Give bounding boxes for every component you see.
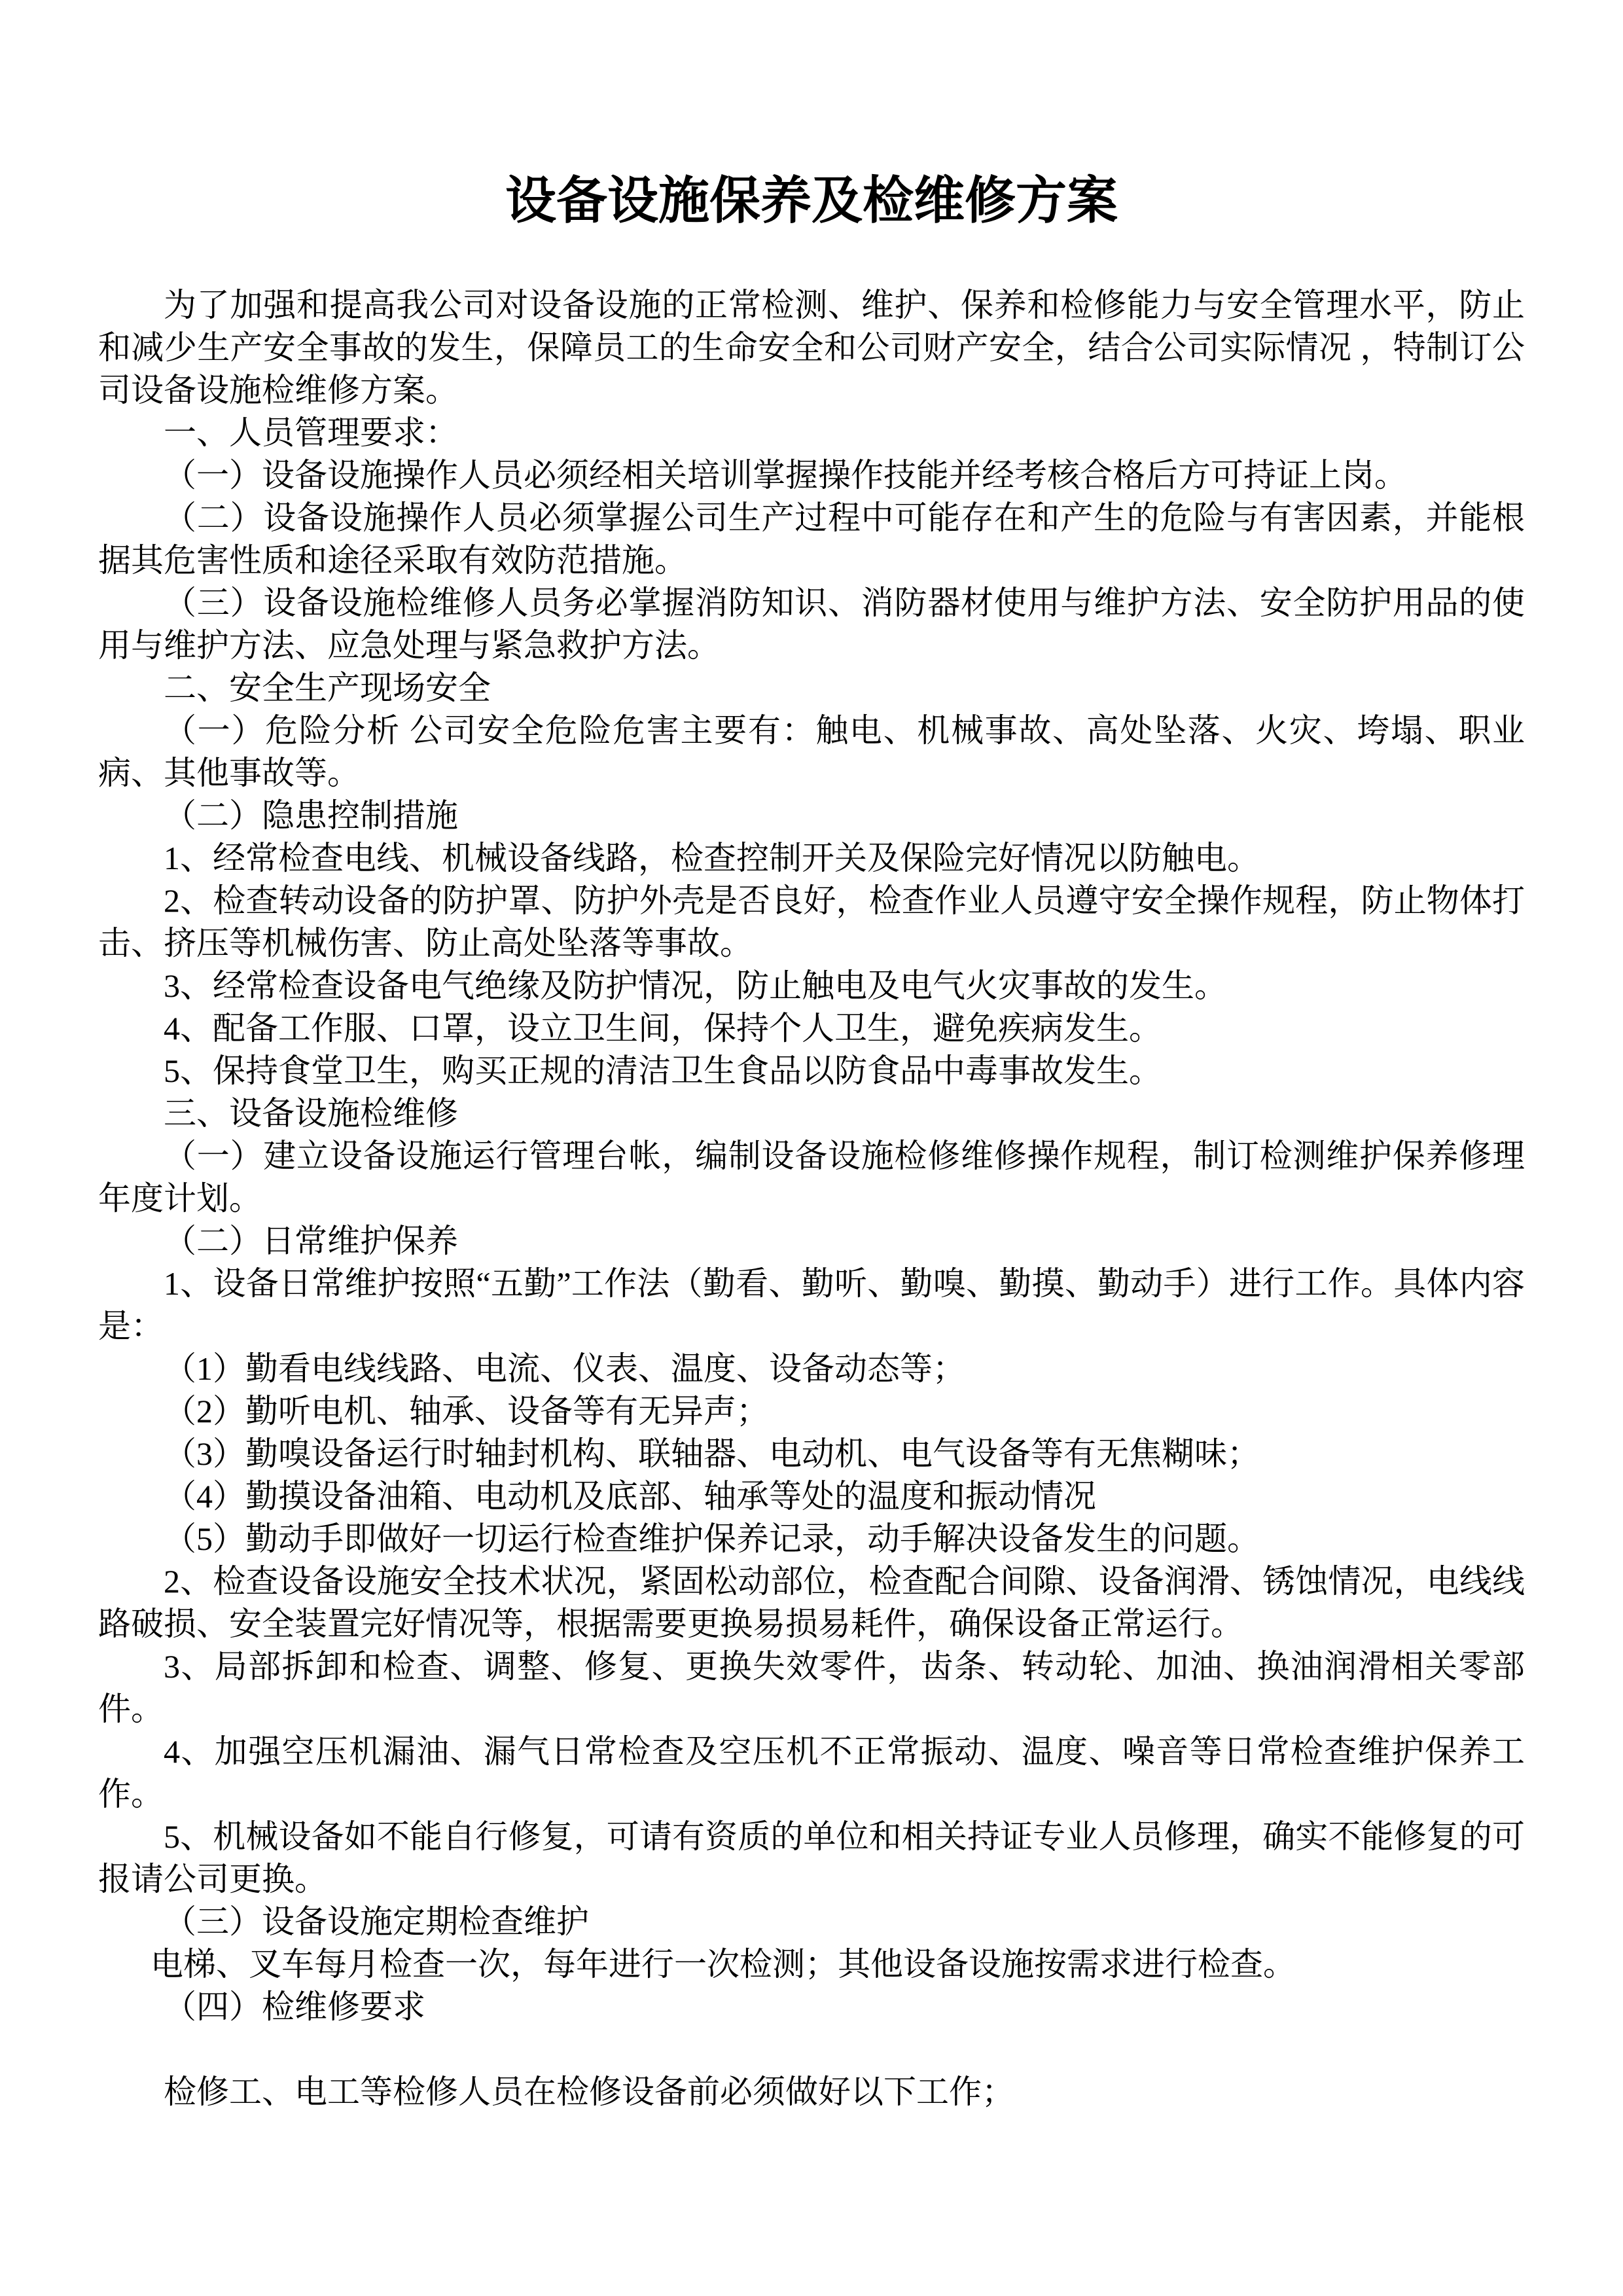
paragraph: （1）勤看电线线路、电流、仪表、温度、设备动态等； [98,1348,1525,1390]
paragraph: 为了加强和提高我公司对设备设施的正常检测、维护、保养和检修能力与安全管理水平，防… [98,284,1525,412]
paragraph: （4）勤摸设备油箱、电动机及底部、轴承等处的温度和振动情况 [98,1475,1525,1518]
paragraph: 三、设备设施检维修 [98,1092,1525,1135]
paragraph: 1、经常检查电线、机械设备线路，检查控制开关及保险完好情况以防触电。 [98,837,1525,880]
paragraph: （3）勤嗅设备运行时轴封机构、联轴器、电动机、电气设备等有无焦糊味； [98,1433,1525,1475]
document-page: 设备设施保养及检维修方案 为了加强和提高我公司对设备设施的正常检测、维护、保养和… [0,0,1623,2296]
paragraph: （三）设备设施定期检查维护 [98,1901,1525,1943]
paragraph: 3、局部拆卸和检查、调整、修复、更换失效零件，齿条、转动轮、加油、换油润滑相关零… [98,1645,1525,1731]
paragraph: （二）隐患控制措施 [98,795,1525,837]
paragraph: （四）检维修要求 [98,1986,1525,2028]
paragraph: （二）设备设施操作人员必须掌握公司生产过程中可能存在和产生的危险与有害因素，并能… [98,497,1525,582]
paragraph: （5）勤动手即做好一切运行检查维护保养记录，动手解决设备发生的问题。 [98,1518,1525,1560]
document-title: 设备设施保养及检维修方案 [98,169,1525,232]
paragraph: 电梯、叉车每月检查一次，每年进行一次检测；其他设备设施按需求进行检查。 [98,1943,1525,1986]
paragraph: 3、经常检查设备电气绝缘及防护情况，防止触电及电气火灾事故的发生。 [98,965,1525,1007]
paragraph: 检修工、电工等检修人员在检修设备前必须做好以下工作； [98,2071,1525,2113]
paragraph: （二）日常维护保养 [98,1220,1525,1263]
document-body: 设备设施保养及检维修方案 为了加强和提高我公司对设备设施的正常检测、维护、保养和… [0,0,1623,2113]
paragraph: 5、保持食堂卫生，购买正规的清洁卫生食品以防食品中毒事故发生。 [98,1050,1525,1092]
paragraph: （三）设备设施检维修人员务必掌握消防知识、消防器材使用与维护方法、安全防护用品的… [98,582,1525,667]
paragraph: （2）勤听电机、轴承、设备等有无异声； [98,1390,1525,1433]
paragraph: 4、配备工作服、口罩，设立卫生间，保持个人卫生，避免疾病发生。 [98,1007,1525,1050]
paragraph: 二、安全生产现场安全 [98,667,1525,709]
paragraph: 1、设备日常维护按照“五勤”工作法（勤看、勤听、勤嗅、勤摸、勤动手）进行工作。具… [98,1263,1525,1348]
paragraph: 一、人员管理要求： [98,412,1525,454]
paragraph: （一）设备设施操作人员必须经相关培训掌握操作技能并经考核合格后方可持证上岗。 [98,454,1525,497]
paragraph: 5、机械设备如不能自行修复，可请有资质的单位和相关持证专业人员修理，确实不能修复… [98,1816,1525,1901]
paragraph: （一）建立设备设施运行管理台帐，编制设备设施检修维修操作规程，制订检测维护保养修… [98,1135,1525,1220]
paragraph: 2、检查转动设备的防护罩、防护外壳是否良好，检查作业人员遵守安全操作规程，防止物… [98,880,1525,965]
paragraph: 2、检查设备设施安全技术状况，紧固松动部位，检查配合间隙、设备润滑、锈蚀情况，电… [98,1560,1525,1645]
paragraph: （一）危险分析 公司安全危险危害主要有：触电、机械事故、高处坠落、火灾、垮塌、职… [98,709,1525,795]
paragraph: 4、加强空压机漏油、漏气日常检查及空压机不正常振动、温度、噪音等日常检查维护保养… [98,1731,1525,1816]
